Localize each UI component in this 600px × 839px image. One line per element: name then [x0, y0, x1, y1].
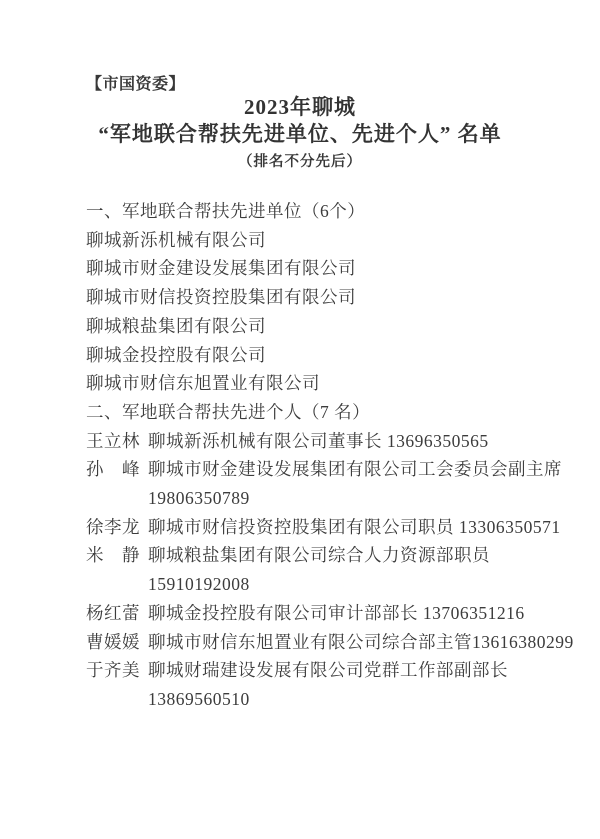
person-name-7: 于齐美: [86, 656, 148, 685]
unit-item-1: 聊城新泺机械有限公司: [86, 226, 570, 255]
unit-item-4: 聊城粮盐集团有限公司: [86, 312, 570, 341]
section-2-heading: 二、军地联合帮扶先进个人（7 名）: [86, 398, 570, 427]
person-name-1: 王立林: [86, 427, 148, 456]
person-name-4: 米 静: [86, 541, 148, 570]
section-1-heading: 一、军地联合帮扶先进单位（6个）: [86, 197, 570, 226]
person-row-5: 杨红蕾聊城金投控股有限公司审计部部长 13706351216: [86, 599, 570, 628]
person-row-3: 徐李龙聊城市财信投资控股集团有限公司职员 13306350571: [86, 513, 570, 542]
person-detail-3: 聊城市财信投资控股集团有限公司职员 13306350571: [148, 517, 561, 537]
person-detail-5: 聊城金投控股有限公司审计部部长 13706351216: [148, 603, 525, 623]
unit-item-5: 聊城金投控股有限公司: [86, 341, 570, 370]
unit-item-6: 聊城市财信东旭置业有限公司: [86, 369, 570, 398]
person-detail-6: 聊城市财信东旭置业有限公司综合部主管13616380299: [148, 632, 574, 652]
unit-item-3: 聊城市财信投资控股集团有限公司: [86, 283, 570, 312]
person-row-1: 王立林聊城新泺机械有限公司董事长 13696350565: [86, 427, 570, 456]
person-detail-4: 聊城粮盐集团有限公司综合人力资源部职员: [148, 545, 490, 565]
document-title-line-1: 2023年聊城: [0, 91, 600, 121]
person-phone-4: 15910192008: [86, 570, 570, 599]
document-body: 一、军地联合帮扶先进单位（6个） 聊城新泺机械有限公司 聊城市财金建设发展集团有…: [86, 197, 570, 714]
person-detail-2: 聊城市财金建设发展集团有限公司工会委员会副主席: [148, 459, 562, 479]
person-phone-7: 13869560510: [86, 685, 570, 714]
person-detail-1: 聊城新泺机械有限公司董事长 13696350565: [148, 431, 489, 451]
unit-item-2: 聊城市财金建设发展集团有限公司: [86, 254, 570, 283]
document-title-line-2: “军地联合帮扶先进单位、先进个人” 名单: [0, 118, 600, 148]
person-name-2: 孙 峰: [86, 455, 148, 484]
document-page: 【市国资委】 2023年聊城 “军地联合帮扶先进单位、先进个人” 名单 （排名不…: [0, 0, 600, 839]
ranking-note: （排名不分先后）: [0, 150, 600, 171]
person-name-5: 杨红蕾: [86, 599, 148, 628]
person-detail-7: 聊城财瑞建设发展有限公司党群工作部副部长: [148, 660, 508, 680]
person-row-6: 曹媛媛聊城市财信东旭置业有限公司综合部主管13616380299: [86, 628, 570, 657]
person-row-2: 孙 峰聊城市财金建设发展集团有限公司工会委员会副主席: [86, 455, 570, 484]
person-name-3: 徐李龙: [86, 513, 148, 542]
person-name-6: 曹媛媛: [86, 628, 148, 657]
person-row-7: 于齐美聊城财瑞建设发展有限公司党群工作部副部长: [86, 656, 570, 685]
person-row-4: 米 静聊城粮盐集团有限公司综合人力资源部职员: [86, 541, 570, 570]
person-phone-2: 19806350789: [86, 484, 570, 513]
